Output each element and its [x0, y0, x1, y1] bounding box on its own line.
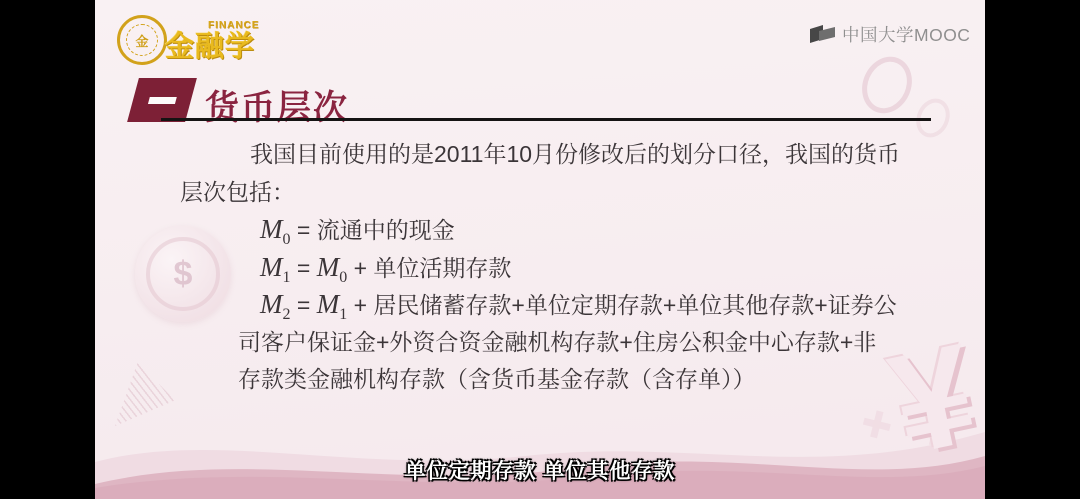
section-number-one — [148, 97, 177, 104]
video-subtitle: 单位定期存款 单位其他存款 — [95, 455, 985, 485]
title-underline — [161, 118, 931, 121]
math-var: M — [260, 214, 283, 244]
slide-title: 货币层次 — [205, 80, 349, 129]
math-var: M — [260, 252, 283, 282]
math-subscript: 1 — [283, 269, 291, 286]
mooc-logo-text: 中国大学MOOC — [842, 22, 970, 47]
intro-line: 我国目前使用的是2011年10月份修改后的划分口径，我国的货币 — [180, 136, 955, 174]
formula-m2: M2 = M1 + 居民储蓄存款+单位定期存款+单位其他存款+证券公 — [180, 286, 955, 324]
formula-m1: M1 = M0 + 单位活期存款 — [180, 249, 955, 287]
section-number-badge — [127, 78, 197, 122]
formula-m0: M0 = 流通中的现金 — [180, 211, 955, 249]
letterbox-left — [0, 0, 95, 499]
formula-m2-continuation: 司客户保证金+外资合资金融机构存款+住房公积金中心存款+非 — [180, 324, 955, 362]
math-var: M — [317, 252, 340, 282]
mooc-logo: 中国大学MOOC — [810, 22, 970, 47]
formula-text: + 单位活期存款 — [347, 255, 511, 281]
math-subscript: 2 — [283, 306, 291, 323]
formula-text: = 流通中的现金 — [291, 217, 455, 243]
math-var: M — [317, 289, 340, 319]
letterbox-right — [985, 0, 1080, 499]
university-seal-icon: 金 — [117, 15, 167, 65]
formula-m2-continuation: 存款类金融机构存款（含货币基金存款（含存单）） — [180, 361, 955, 399]
math-var: M — [260, 289, 283, 319]
seal-center-glyph: 金 — [126, 24, 158, 56]
video-slide-frame: $ ¥ 金 FINANCE 金融学 中国大学MOOC 货币层次 我国目前使用的是… — [95, 0, 985, 499]
intro-line: 层次包括： — [180, 174, 955, 212]
formula-text: + 居民储蓄存款+单位定期存款+单位其他存款+证券公 — [347, 292, 897, 318]
mooc-book-icon — [810, 24, 836, 46]
finance-logo-cn: 金融学 — [165, 24, 255, 65]
math-subscript: 0 — [283, 231, 291, 248]
coin-ring-icon — [853, 49, 920, 122]
formula-text: = — [291, 255, 317, 281]
slide-body: 我国目前使用的是2011年10月份修改后的划分口径，我国的货币 层次包括： M0… — [180, 136, 955, 399]
formula-text: = — [291, 292, 317, 318]
